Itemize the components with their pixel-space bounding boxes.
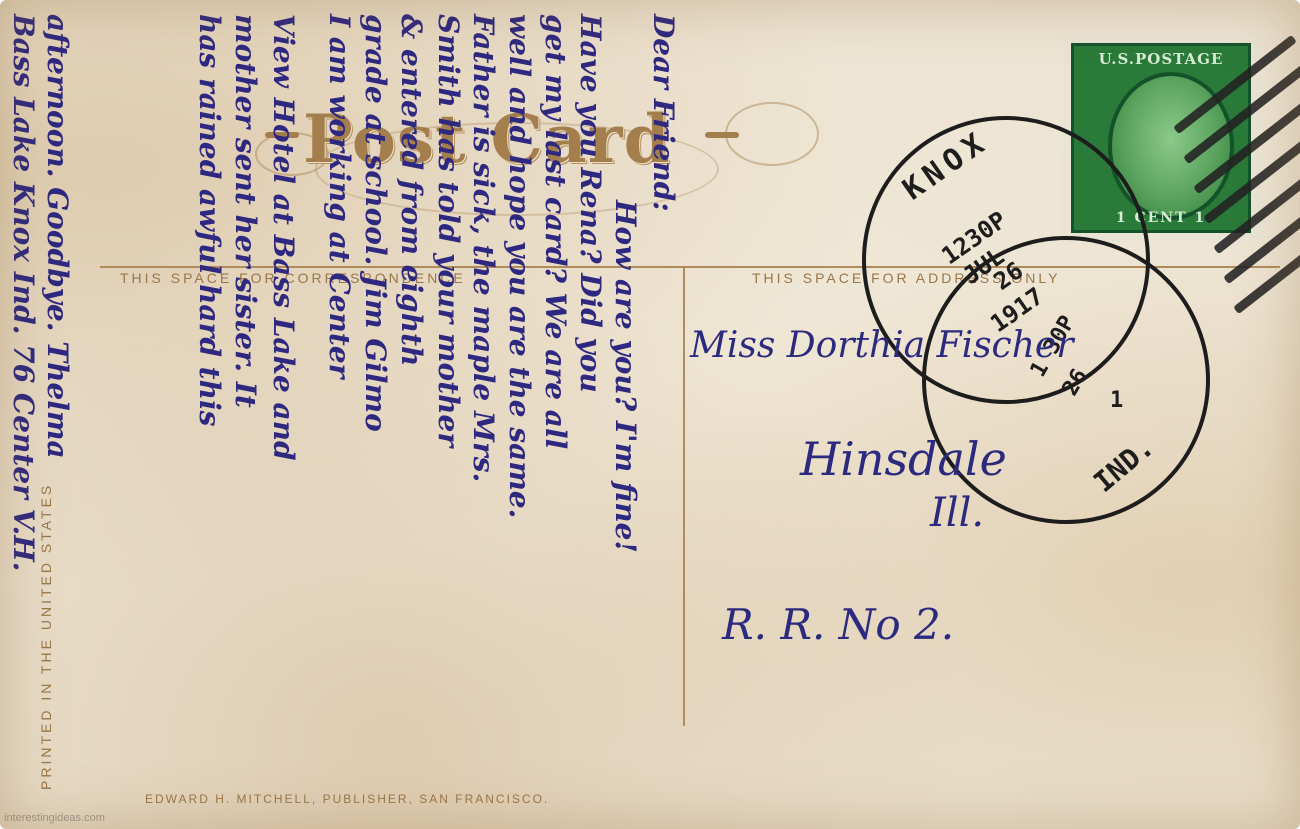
recipient-name: Miss Dorthia Fischer [690,325,1073,366]
message-line: Dear Friend: [647,14,680,212]
message-line: I am working at Center [323,14,356,378]
message-line: Have you Rena? Did you [574,14,607,393]
message-line: has rained awful hard this [193,14,226,426]
publisher-credit: EDWARD H. MITCHELL, PUBLISHER, SAN FRANC… [145,792,549,806]
message-line: Bass Lake Knox Ind. 76 Center V.H. [7,14,40,571]
vertical-divider [683,266,685,726]
postmark2-year: 1 [1110,388,1123,413]
title-flourish-right [725,102,819,166]
recipient-state: Ill. [930,490,984,536]
postcard: Post Card THIS SPACE FOR CORRESPONDENCE … [0,0,1300,829]
title-dash-right [705,132,739,138]
recipient-route: R. R. No 2. [722,600,954,649]
message-line: Smith has told your mother [432,14,465,447]
message-line: & entered from eighth [395,14,428,366]
recipient-town: Hinsdale [800,432,1007,486]
message-line: Father is sick, the maple Mrs. [467,14,500,482]
watermark: interestingideas.com [4,812,105,824]
message-line: mother sent her sister. It [229,14,262,408]
message-line: afternoon. Goodbye. Thelma [41,14,74,459]
message-line: well and hope you are the same. [503,14,536,518]
cancellation-bars-icon [1160,30,1300,310]
message-line: grade at school. Jim Gilmo [359,14,392,432]
message-line: View Hotel at Bass Lake and [267,14,300,461]
message-line: get my last card? We are all [539,14,572,449]
message-line: How are you? I'm fine! [609,200,642,553]
